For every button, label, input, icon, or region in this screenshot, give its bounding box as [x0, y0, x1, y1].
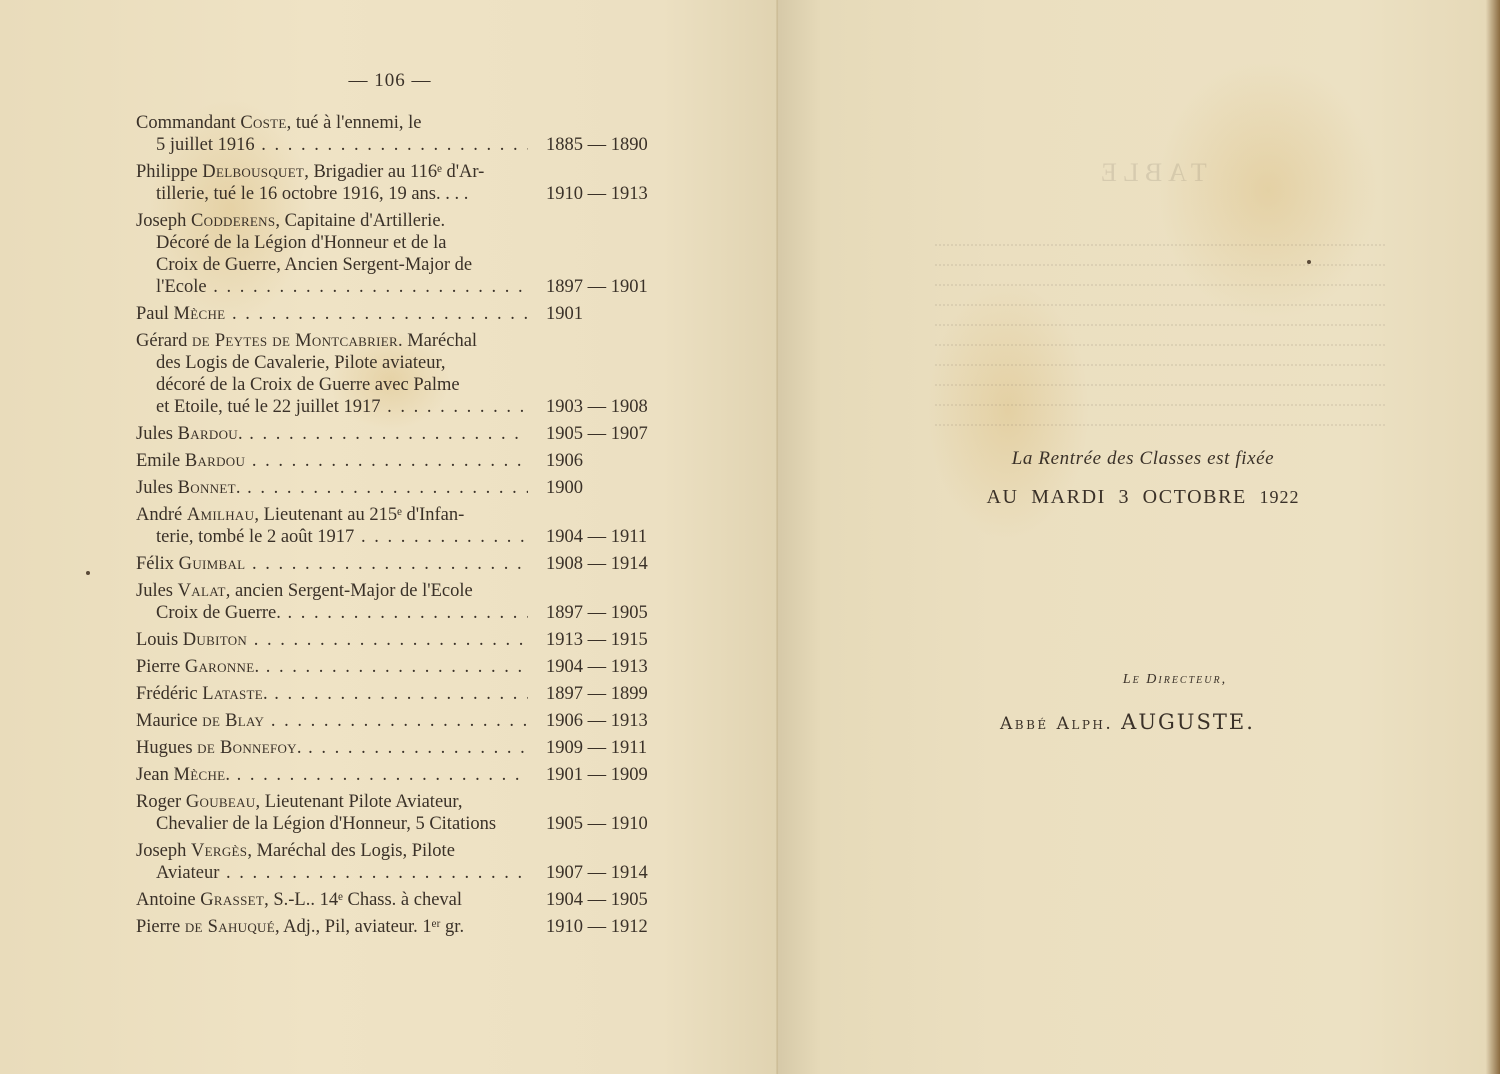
entry-line: 5 juillet 1916 [136, 134, 528, 156]
entry-fragment: , ancien Sergent-Major de l'Ecole [226, 581, 473, 601]
entry-fragment: et Etoile, tué le 22 juillet 1917 [156, 397, 381, 417]
entry-line: Aviateur [136, 862, 528, 884]
entry-line: et Etoile, tué le 22 juillet 1917 [136, 396, 528, 418]
surname: Delbousquet [202, 162, 304, 182]
entry-fragment: terie, tombé le 2 août 1917 [156, 527, 354, 547]
alumni-entry: Gérard de Peytes de Montcabrier. Marécha… [136, 330, 676, 418]
entry-text: Hugues de Bonnefoy. [136, 737, 528, 759]
entry-text: Antoine Grasset, S.-L.. 14ᵉ Chass. à che… [136, 889, 528, 911]
left-page: — 106 — Commandant Coste, tué à l'ennemi… [0, 0, 778, 1074]
surname: Lataste [202, 684, 263, 704]
entry-text: Jean Mèche. [136, 764, 528, 786]
surname: Garonne [185, 657, 255, 677]
surname: Guimbal [179, 554, 246, 574]
entry-fragment: , Adj., Pil, aviateur. 1ᵉʳ gr. [275, 917, 464, 937]
surname: de Bonnefoy [197, 738, 297, 758]
entry-text: Jules Bardou. [136, 423, 528, 445]
entry-line: Paul Mèche [136, 303, 528, 325]
entry-fragment: Jean [136, 765, 174, 785]
entry-fragment: Frédéric [136, 684, 202, 704]
entry-years: 1901 — 1909 [538, 764, 676, 786]
alumni-list: Commandant Coste, tué à l'ennemi, le5 ju… [136, 112, 676, 943]
entry-years: 1903 — 1908 [538, 396, 676, 418]
entry-line: Joseph Codderens, Capitaine d'Artillerie… [136, 210, 528, 232]
ink-speck [1307, 260, 1311, 264]
entry-text: Maurice de Blay [136, 710, 528, 732]
entry-text: Félix Guimbal [136, 553, 528, 575]
entry-fragment: des Logis de Cavalerie, Pilote aviateur, [156, 353, 446, 373]
entry-text: Gérard de Peytes de Montcabrier. Marécha… [136, 330, 528, 418]
entry-years: 1913 — 1915 [538, 629, 676, 651]
entry-fragment: Jules [136, 478, 178, 498]
entry-fragment: Louis [136, 630, 183, 650]
entry-fragment: Chevalier de la Légion d'Honneur, 5 Cita… [156, 814, 496, 834]
entry-years: 1910 — 1913 [538, 183, 676, 205]
entry-fragment: , S.-L.. 14ᵉ Chass. à cheval [264, 890, 462, 910]
entry-line: décoré de la Croix de Guerre avec Palme [136, 374, 528, 396]
page-number: — 106 — [330, 70, 450, 92]
entry-fragment: Décoré de la Légion d'Honneur et de la [156, 233, 446, 253]
entry-years: 1906 — 1913 [538, 710, 676, 732]
entry-fragment: Pierre [136, 657, 185, 677]
alumni-entry: Joseph Vergès, Maréchal des Logis, Pilot… [136, 840, 676, 884]
surname: Mèche [174, 304, 226, 324]
entry-fragment: Croix de Guerre. [156, 603, 281, 623]
surname: Grasset [200, 890, 264, 910]
alumni-entry: Roger Goubeau, Lieutenant Pilote Aviateu… [136, 791, 676, 835]
surname: Vergès [191, 841, 247, 861]
entry-line: tillerie, tué le 16 octobre 1916, 19 ans… [136, 183, 528, 205]
entry-line: Croix de Guerre, Ancien Sergent-Major de [136, 254, 528, 276]
entry-years: 1897 — 1899 [538, 683, 676, 705]
surname: Codderens [191, 211, 275, 231]
entry-line: Jules Bardou. [136, 423, 528, 445]
alumni-entry: Jules Bonnet.1900 [136, 477, 676, 499]
notice-line-1: La Rentrée des Classes est fixée [978, 448, 1308, 470]
entry-years: 1900 [538, 477, 676, 499]
entry-text: Pierre de Sahuqué, Adj., Pil, aviateur. … [136, 916, 528, 938]
entry-fragment: Joseph [136, 841, 191, 861]
entry-line: André Amilhau, Lieutenant au 215ᵉ d'Infa… [136, 504, 528, 526]
entry-line: Félix Guimbal [136, 553, 528, 575]
entry-years: 1901 [538, 303, 676, 325]
alumni-entry: Pierre Garonne.1904 — 1913 [136, 656, 676, 678]
alumni-entry: Philippe Delbousquet, Brigadier au 116ᵉ … [136, 161, 676, 205]
alumni-entry: Pierre de Sahuqué, Adj., Pil, aviateur. … [136, 916, 676, 938]
entry-line: Hugues de Bonnefoy. [136, 737, 528, 759]
entry-years: 1905 — 1907 [538, 423, 676, 445]
entry-line: des Logis de Cavalerie, Pilote aviateur, [136, 352, 528, 374]
entry-years: 1905 — 1910 [538, 813, 676, 835]
alumni-entry: Commandant Coste, tué à l'ennemi, le5 ju… [136, 112, 676, 156]
entry-fragment: . [263, 684, 268, 704]
entry-line: terie, tombé le 2 août 1917 [136, 526, 528, 548]
entry-fragment: Commandant [136, 113, 240, 133]
entry-line: Jean Mèche. [136, 764, 528, 786]
entry-years: 1908 — 1914 [538, 553, 676, 575]
surname: Valat [178, 581, 226, 601]
entry-text: Joseph Codderens, Capitaine d'Artillerie… [136, 210, 528, 298]
signature-name: Abbé Alph. AUGUSTE. [980, 710, 1320, 734]
alumni-entry: Jules Valat, ancien Sergent-Major de l'E… [136, 580, 676, 624]
entry-fragment: , Brigadier au 116ᵉ d'Ar- [304, 162, 484, 182]
book-spread: — 106 — Commandant Coste, tué à l'ennemi… [0, 0, 1500, 1074]
show-through-title: TABLE [1095, 158, 1207, 188]
signature-name-prefix: Abbé Alph. [1000, 714, 1113, 734]
entry-line: Chevalier de la Légion d'Honneur, 5 Cita… [136, 813, 528, 835]
signature-name-main: AUGUSTE. [1121, 710, 1255, 734]
entry-fragment: . Maréchal [398, 331, 477, 351]
surname: Bardou [185, 451, 245, 471]
entry-line: Emile Bardou [136, 450, 528, 472]
entry-fragment: Paul [136, 304, 174, 324]
entry-fragment: . [238, 424, 243, 444]
entry-years: 1904 — 1913 [538, 656, 676, 678]
alumni-entry: Hugues de Bonnefoy.1909 — 1911 [136, 737, 676, 759]
entry-text: Roger Goubeau, Lieutenant Pilote Aviateu… [136, 791, 528, 835]
surname: de Sahuqué [185, 917, 275, 937]
entry-line: Antoine Grasset, S.-L.. 14ᵉ Chass. à che… [136, 889, 528, 911]
surname: Dubiton [183, 630, 247, 650]
entry-fragment: Aviateur [156, 863, 219, 883]
entry-text: Joseph Vergès, Maréchal des Logis, Pilot… [136, 840, 528, 884]
entry-fragment: Croix de Guerre, Ancien Sergent-Major de [156, 255, 472, 275]
entry-fragment: . [236, 478, 241, 498]
entry-line: Croix de Guerre. [136, 602, 528, 624]
signature-role: Le Directeur, [980, 672, 1320, 688]
entry-fragment: , Capitaine d'Artillerie. [275, 211, 445, 231]
surname: Bardou [178, 424, 238, 444]
director-signature: Le Directeur, Abbé Alph. AUGUSTE. [980, 672, 1320, 734]
entry-fragment: Hugues [136, 738, 197, 758]
notice-date: AU MARDI 3 OCTOBRE 1922 [978, 486, 1308, 509]
entry-fragment: , Lieutenant au 215ᵉ d'Infan- [254, 505, 464, 525]
alumni-entry: Frédéric Lataste.1897 — 1899 [136, 683, 676, 705]
entry-fragment: Emile [136, 451, 185, 471]
surname: de Peytes de Montcabrier [192, 331, 398, 351]
entry-fragment: Maurice [136, 711, 202, 731]
entry-years: 1904 — 1905 [538, 889, 676, 911]
surname: Mèche [174, 765, 226, 785]
entry-fragment: . [225, 765, 230, 785]
entry-line: Pierre Garonne. [136, 656, 528, 678]
entry-fragment: Roger [136, 792, 186, 812]
alumni-entry: Maurice de Blay1906 — 1913 [136, 710, 676, 732]
entry-fragment: 5 juillet 1916 [156, 135, 255, 155]
entry-years: 1897 — 1905 [538, 602, 676, 624]
entry-fragment: , tué à l'ennemi, le [287, 113, 422, 133]
entry-line: Roger Goubeau, Lieutenant Pilote Aviateu… [136, 791, 528, 813]
entry-line: Joseph Vergès, Maréchal des Logis, Pilot… [136, 840, 528, 862]
entry-line: Frédéric Lataste. [136, 683, 528, 705]
entry-line: Commandant Coste, tué à l'ennemi, le [136, 112, 528, 134]
notice-year: 1922 [1259, 487, 1299, 507]
alumni-entry: André Amilhau, Lieutenant au 215ᵉ d'Infa… [136, 504, 676, 548]
entry-line: Jules Bonnet. [136, 477, 528, 499]
surname: Goubeau [186, 792, 256, 812]
surname: Coste [240, 113, 286, 133]
alumni-entry: Emile Bardou1906 [136, 450, 676, 472]
entry-line: Gérard de Peytes de Montcabrier. Marécha… [136, 330, 528, 352]
entry-fragment: . [297, 738, 302, 758]
entry-text: Pierre Garonne. [136, 656, 528, 678]
alumni-entry: Louis Dubiton1913 — 1915 [136, 629, 676, 651]
entry-years: 1906 [538, 450, 676, 472]
entry-text: Jules Bonnet. [136, 477, 528, 499]
entry-fragment: . [254, 657, 259, 677]
entry-text: Paul Mèche [136, 303, 528, 325]
entry-fragment: , Lieutenant Pilote Aviateur, [255, 792, 462, 812]
alumni-entry: Jean Mèche.1901 — 1909 [136, 764, 676, 786]
entry-text: André Amilhau, Lieutenant au 215ᵉ d'Infa… [136, 504, 528, 548]
entry-fragment: Jules [136, 424, 178, 444]
surname: Bonnet [178, 478, 236, 498]
entry-line: Louis Dubiton [136, 629, 528, 651]
entry-years: 1910 — 1912 [538, 916, 676, 938]
entry-line: Décoré de la Légion d'Honneur et de la [136, 232, 528, 254]
entry-fragment: l'Ecole [156, 277, 207, 297]
entry-fragment: tillerie, tué le 16 octobre 1916, 19 ans… [156, 184, 468, 204]
entry-fragment: Félix [136, 554, 179, 574]
notice-date-text: AU MARDI 3 OCTOBRE [987, 486, 1247, 508]
entry-line: Philippe Delbousquet, Brigadier au 116ᵉ … [136, 161, 528, 183]
entry-line: Jules Valat, ancien Sergent-Major de l'E… [136, 580, 528, 602]
entry-line: l'Ecole [136, 276, 528, 298]
entry-fragment: Antoine [136, 890, 200, 910]
entry-fragment: décoré de la Croix de Guerre avec Palme [156, 375, 460, 395]
entry-line: Maurice de Blay [136, 710, 528, 732]
show-through-lines [935, 228, 1385, 428]
entry-text: Commandant Coste, tué à l'ennemi, le5 ju… [136, 112, 528, 156]
entry-fragment: André [136, 505, 187, 525]
entry-fragment: Joseph [136, 211, 191, 231]
entry-years: 1909 — 1911 [538, 737, 676, 759]
entry-text: Jules Valat, ancien Sergent-Major de l'E… [136, 580, 528, 624]
alumni-entry: Antoine Grasset, S.-L.. 14ᵉ Chass. à che… [136, 889, 676, 911]
alumni-entry: Paul Mèche1901 [136, 303, 676, 325]
entry-text: Louis Dubiton [136, 629, 528, 651]
surname: Amilhau [187, 505, 254, 525]
entry-years: 1907 — 1914 [538, 862, 676, 884]
alumni-entry: Félix Guimbal1908 — 1914 [136, 553, 676, 575]
entry-years: 1885 — 1890 [538, 134, 676, 156]
entry-text: Emile Bardou [136, 450, 528, 472]
school-reopening-notice: La Rentrée des Classes est fixée AU MARD… [978, 448, 1308, 509]
alumni-entry: Jules Bardou.1905 — 1907 [136, 423, 676, 445]
entry-years: 1897 — 1901 [538, 276, 676, 298]
entry-text: Philippe Delbousquet, Brigadier au 116ᵉ … [136, 161, 528, 205]
ink-speck [86, 571, 90, 575]
surname: de Blay [202, 711, 264, 731]
entry-years: 1904 — 1911 [538, 526, 676, 548]
alumni-entry: Joseph Codderens, Capitaine d'Artillerie… [136, 210, 676, 298]
entry-fragment: Pierre [136, 917, 185, 937]
entry-line: Pierre de Sahuqué, Adj., Pil, aviateur. … [136, 916, 528, 938]
entry-fragment: Gérard [136, 331, 192, 351]
entry-fragment: , Maréchal des Logis, Pilote [247, 841, 455, 861]
entry-fragment: Philippe [136, 162, 202, 182]
entry-fragment: Jules [136, 581, 178, 601]
entry-text: Frédéric Lataste. [136, 683, 528, 705]
